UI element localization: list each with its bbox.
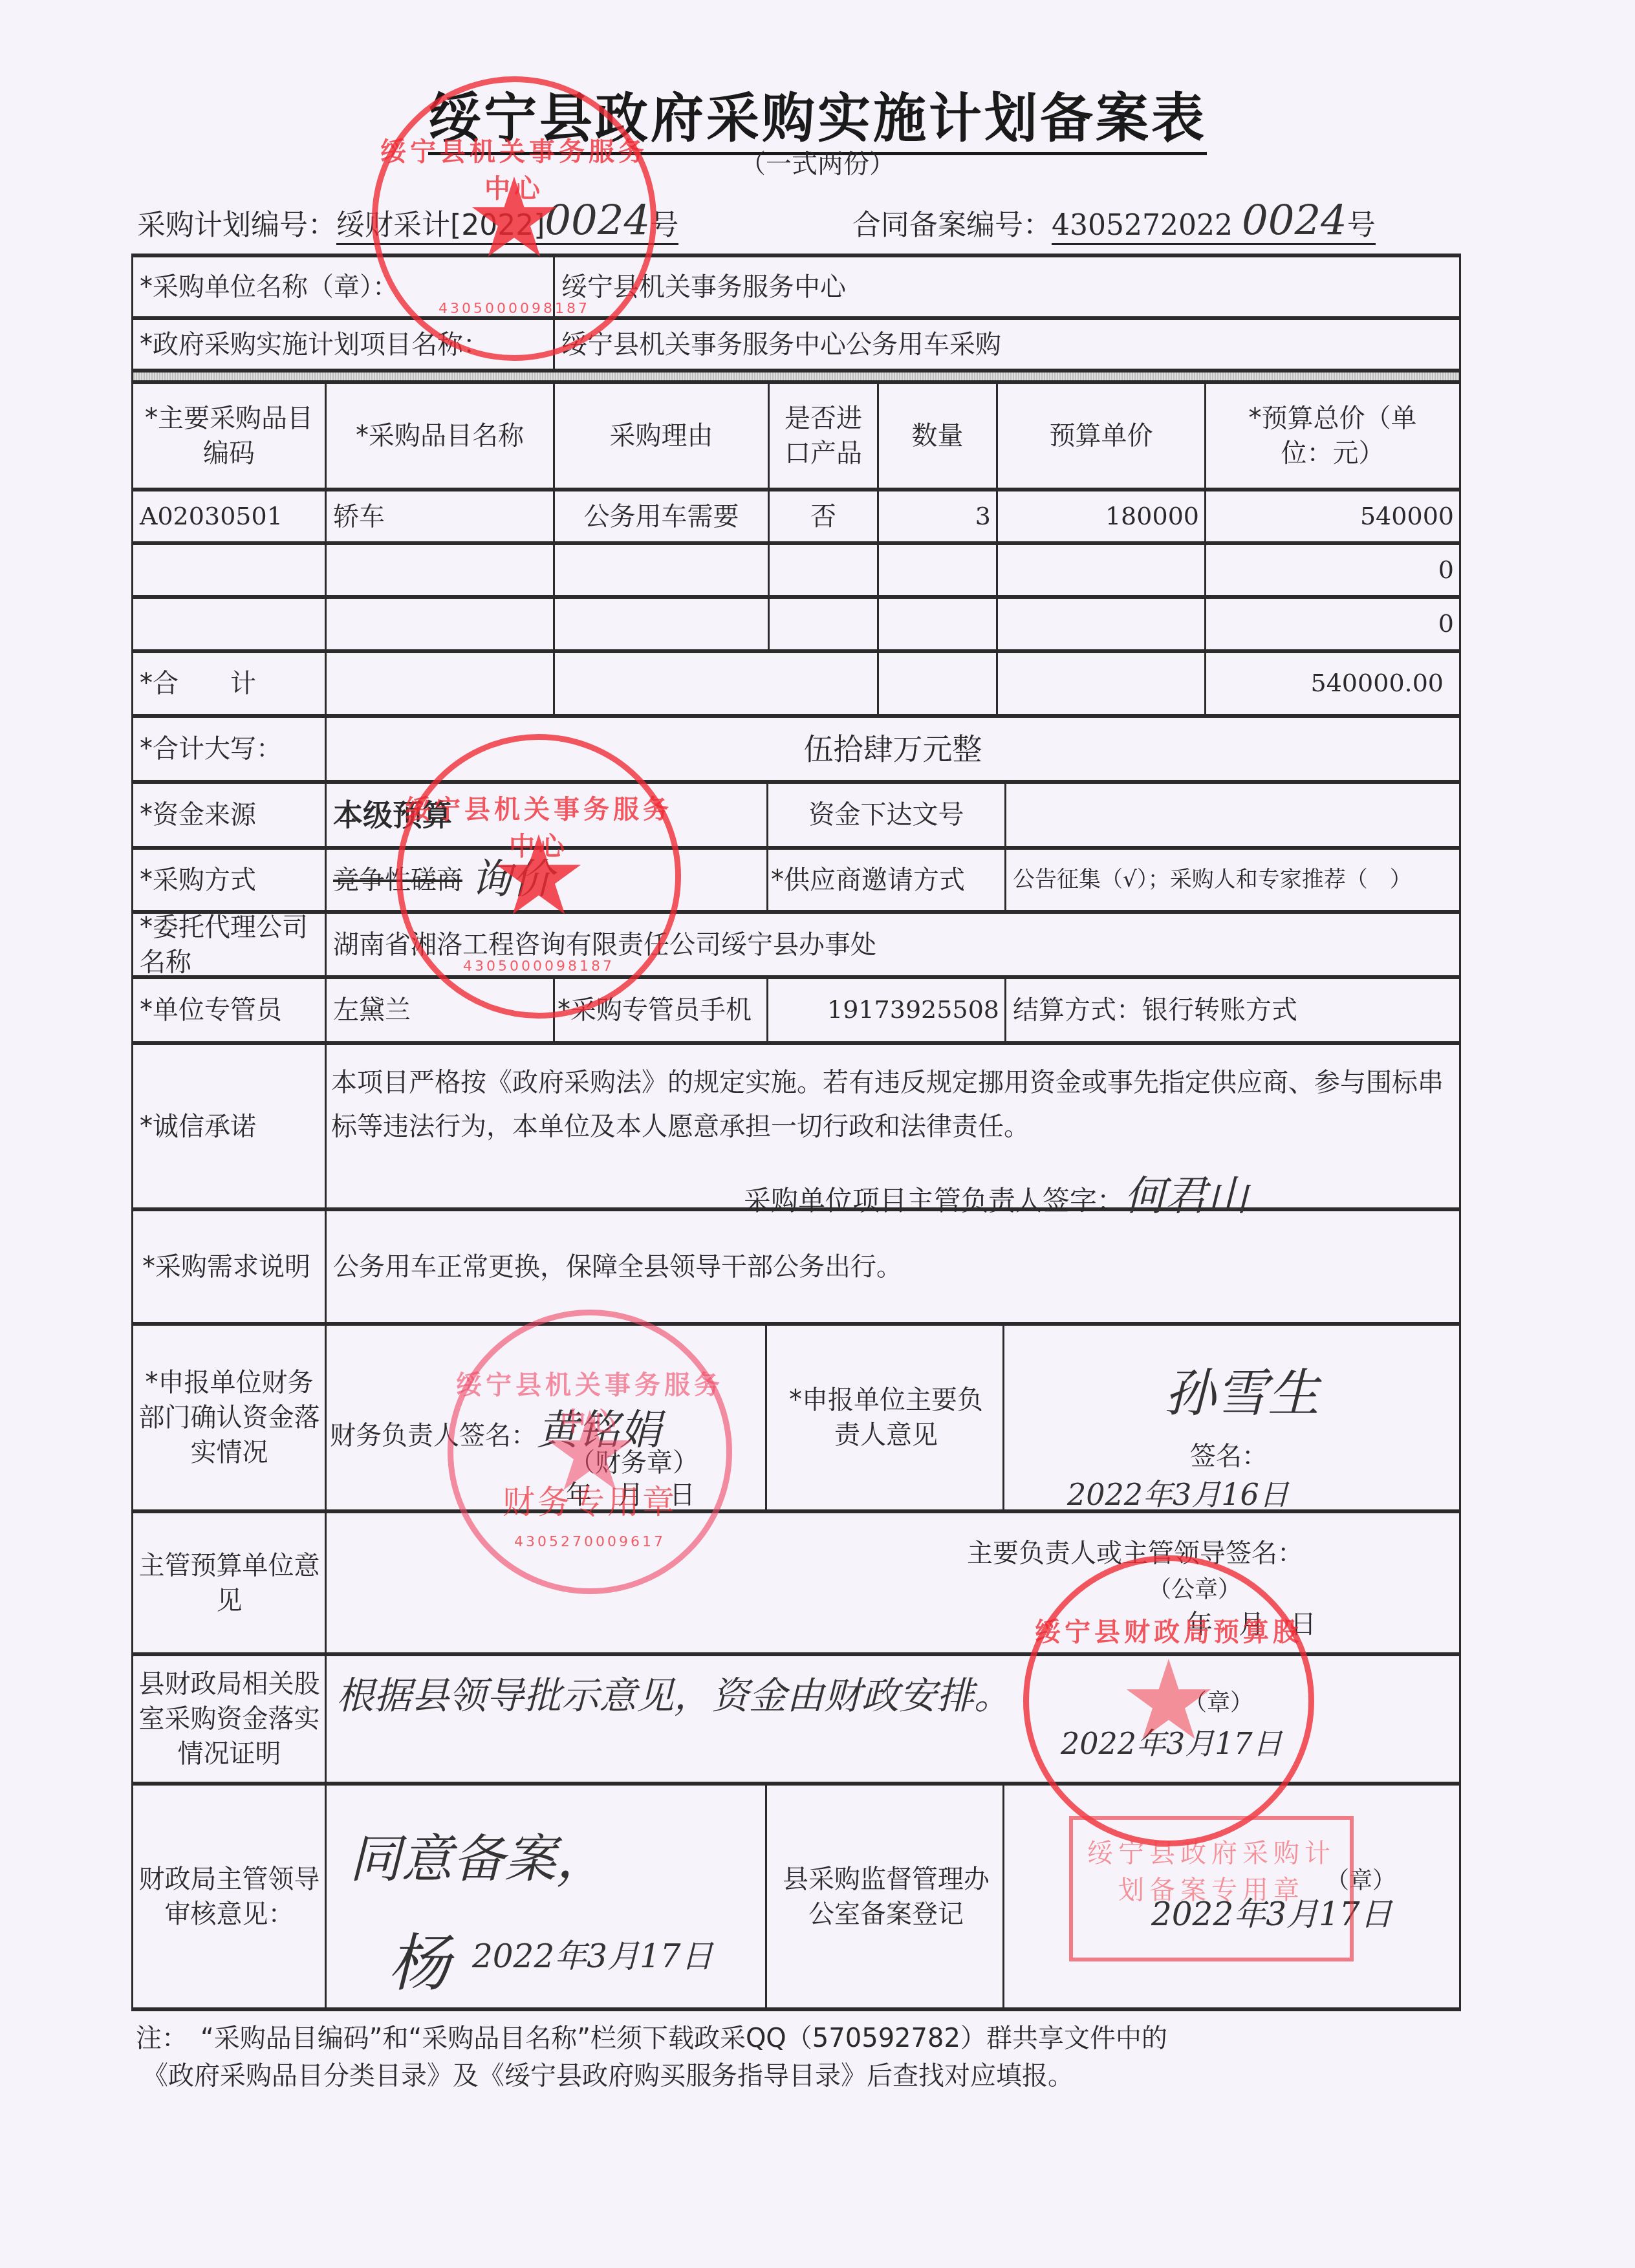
note-line-2: 《政府采购品目分类目录》及《绥宁县政府购买服务指导目录》后查找对应填报。 (142, 2055, 1074, 2092)
contract-number-label: 合同备案编号： (852, 209, 1052, 242)
cell-name (327, 545, 553, 595)
cell-code (133, 599, 325, 649)
cell-total: 0 (1206, 599, 1459, 649)
pledge-text: 本项目严格按《政府采购法》的规定实施。若有违反规定挪用资金或事先指定供应商、参与… (331, 1061, 1453, 1149)
fund-source-value: 本级预算 (327, 784, 766, 846)
cell-total: 0 (1206, 545, 1459, 595)
pledge-label: *诚信承诺 (133, 1045, 325, 1207)
agency-value: 湖南省湘洛工程咨询有限责任公司绥宁县办事处 (327, 914, 1459, 975)
review-opinion: 同意备案， (349, 1817, 608, 1892)
sum-words-value: 伍拾肆万元整 (327, 718, 1459, 780)
leader-date: 2022年3月16日 (1067, 1471, 1289, 1514)
manager-phone-label: *采购专管员手机 (555, 979, 766, 1041)
finance-seal-label: （财务章） (569, 1442, 698, 1479)
review-date: 2022年3月17日 (472, 1930, 713, 1977)
budget-unit-label: 主管预算单位意见 (137, 1513, 321, 1652)
project-name-label: *政府采购实施计划项目名称： (133, 320, 553, 369)
requirement-label: *采购需求说明 (139, 1211, 314, 1322)
method-handwritten-value: 询价 (470, 852, 553, 907)
cell-code: A02030501 (133, 491, 325, 541)
col-line (765, 1322, 767, 1511)
method-label: *采购方式 (133, 850, 325, 910)
sum-words-label: *合计大写： (133, 718, 325, 780)
contract-number-handwritten: 0024 (1242, 197, 1347, 245)
invite-method-label: *供应商邀请方式 (768, 850, 1004, 910)
cell-name (327, 599, 553, 649)
cell-qty: 3 (879, 491, 996, 541)
manager-name: 左黛兰 (327, 979, 553, 1041)
cell-qty (879, 545, 996, 595)
registry-date: 2022年3月17日 (1151, 1888, 1392, 1935)
sum-value: 540000.00 (1206, 653, 1459, 714)
finance-date-label: 年 月 日 (566, 1474, 695, 1511)
leader-opinion-label: *申报单位主要负责人意见 (770, 1326, 1002, 1509)
stamp-code: 4305270009617 (453, 1534, 726, 1550)
col-header-total: *预算总价（单位：元） (1206, 384, 1459, 488)
cell-imported: 否 (770, 491, 877, 541)
finance-sign-label: 财务负责人签名： (330, 1421, 537, 1451)
plan-number-suffix: 号 (650, 209, 678, 242)
col-header-imported: 是否进口产品 (770, 384, 877, 488)
review-signer: 杨 (388, 1914, 450, 2003)
row-line (131, 1652, 1461, 1656)
note-line-1: 注： “采购品目编码”和“采购品目名称”栏须下载政采QQ（570592782）群… (136, 2018, 1167, 2055)
plan-number-label: 采购计划编号： (137, 209, 336, 242)
col-header-reason: 采购理由 (555, 384, 768, 488)
finance-bureau-label: 县财政局相关股室采购资金落实情况证明 (137, 1656, 321, 1782)
fund-doc-label: 资金下达文号 (768, 784, 1004, 846)
method-printed-value: 竞争性磋商 (333, 863, 462, 898)
project-name-value: 绥宁县机关事务服务中心公务用车采购 (555, 320, 1459, 369)
registry-label: 县采购监督管理办公室备案登记 (770, 1786, 1002, 2007)
cell-unit-price: 180000 (998, 491, 1204, 541)
fund-doc-value (1006, 784, 1459, 846)
plan-number: 采购计划编号：绥财采计[2022]0024号 (137, 197, 678, 245)
budget-unit-date-label: 年 月 日 (1187, 1604, 1316, 1641)
contract-number-value: 4305272022 0024号 (1052, 209, 1376, 245)
col-header-quantity: 数量 (879, 384, 996, 488)
manager-label: *单位专管员 (133, 979, 325, 1041)
col-header-name: *采购品目名称 (327, 384, 553, 488)
plan-number-prefix: 绥财采计[2022] (336, 209, 545, 242)
col-header-code: *主要采购品目编码 (133, 384, 325, 488)
contract-number: 合同备案编号：4305272022 0024号 (852, 197, 1376, 245)
contract-number-suffix: 号 (1347, 209, 1376, 242)
finance-confirm-label: *申报单位财务部门确认资金落实情况 (137, 1326, 321, 1509)
budget-unit-sign-label: 主要负责人或主管领导签名： (967, 1533, 1303, 1570)
requirement-text: 公务用车正常更换，保障全县领导干部公务出行。 (327, 1211, 1459, 1322)
cell-code (133, 545, 325, 595)
cell-reason (555, 545, 768, 595)
manager-phone: 19173925508 (768, 979, 1004, 1041)
leader-sign-label: 签名： (1190, 1436, 1268, 1473)
leader-sign-handwritten: 孙雪生 (1164, 1352, 1319, 1426)
finance-bureau-seal-label: （章） (1184, 1685, 1253, 1718)
col-header-unit-price: 预算单价 (998, 384, 1204, 488)
sum-label: *合 计 (133, 653, 325, 714)
cell-reason (555, 599, 768, 649)
row-line (131, 2007, 1461, 2011)
method-value: 竞争性磋商 询价 (327, 850, 766, 910)
finance-bureau-opinion: 根据县领导批示意见，资金由财政安排。 (336, 1665, 1012, 1720)
cell-total: 540000 (1206, 491, 1459, 541)
unit-name-value: 绥宁县机关事务服务中心 (555, 257, 1459, 316)
settlement-method: 结算方式：银行转账方式 (1006, 979, 1459, 1041)
cell-name: 轿车 (327, 491, 553, 541)
fund-source-label: *资金来源 (133, 784, 325, 846)
table-border-right (1459, 254, 1461, 2010)
page-title: 绥宁县政府采购实施计划备案表 (0, 76, 1635, 152)
col-line (765, 1782, 767, 2009)
cell-unit-price (998, 545, 1204, 595)
cell-reason: 公务用车需要 (555, 491, 768, 541)
budget-unit-seal-label: （公章） (1148, 1571, 1241, 1604)
invite-method-value: 公告征集（√）；采购人和专家推荐（ ） (1006, 850, 1459, 910)
row-line (131, 1041, 1461, 1045)
review-label: 财政局主管领导审核意见： (137, 1786, 321, 2007)
plan-number-value: 绥财采计[2022]0024号 (336, 209, 678, 245)
cell-imported (770, 599, 877, 649)
unit-name-label: *采购单位名称（章）： (133, 257, 553, 316)
cell-qty (879, 599, 996, 649)
cell-unit-price (998, 599, 1204, 649)
plan-number-handwritten: 0024 (545, 197, 650, 245)
col-line (1002, 1322, 1004, 1511)
page-subtitle: （一式两份） (0, 144, 1635, 180)
finance-bureau-date: 2022年3月17日 (1061, 1720, 1283, 1763)
cell-imported (770, 545, 877, 595)
agency-label: *委托代理公司名称 (133, 914, 325, 975)
contract-number-prefix: 4305272022 (1052, 209, 1233, 242)
separator-band (133, 373, 1459, 380)
col-line (1002, 1782, 1004, 2009)
